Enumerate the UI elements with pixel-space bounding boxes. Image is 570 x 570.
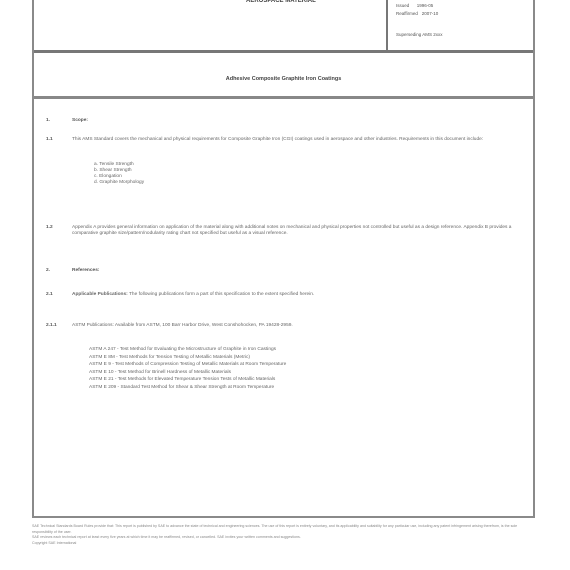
list-item: d. Graphite Morphology xyxy=(94,180,144,186)
document-header: AEROSPACE MATERIAL Issued 1996-05 Reaffi… xyxy=(34,0,533,53)
reference-item: ASTM E 209 - Standard Test Method for Sh… xyxy=(89,385,286,393)
document-frame: AEROSPACE MATERIAL Issued 1996-05 Reaffi… xyxy=(32,0,535,518)
document-title: Adhesive Composite Graphite Iron Coating… xyxy=(34,76,533,82)
footer-line: Copyright SAE International xyxy=(32,541,537,547)
header-meta: Issued 1996-05 Reaffirmed 2007-10 Supers… xyxy=(386,0,537,50)
reference-list: ASTM A 247 - Test Method for Evaluating … xyxy=(89,347,286,392)
reference-item: ASTM E 9 - Test Methods of Compression T… xyxy=(89,362,286,370)
section-heading-references: References: xyxy=(72,268,99,274)
reference-item: ASTM E 8M - Test Methods for Tension Tes… xyxy=(89,355,286,363)
meta-reaffirmed: Reaffirmed 2007-10 xyxy=(396,11,438,16)
meta-issued: Issued 1996-05 xyxy=(396,3,433,8)
requirements-list: a. Tensile Strength b. Shear Strength c.… xyxy=(94,162,144,186)
section-heading-scope: Scope: xyxy=(72,118,88,124)
paragraph-1-2: Appendix A provides general information … xyxy=(72,225,522,237)
paragraph-1-1: This AMS Standard covers the mechanical … xyxy=(72,137,522,143)
section-number: 1. xyxy=(46,118,50,124)
paragraph-2-1-1: ASTM Publications: Available from ASTM, … xyxy=(72,323,522,329)
reference-item: ASTM A 247 - Test Method for Evaluating … xyxy=(89,347,286,355)
section-number: 2.1 xyxy=(46,292,53,298)
paragraph-2-1: Applicable Publications: The following p… xyxy=(72,292,522,298)
meta-superseding: Superseding AMS 2xxx xyxy=(396,32,443,37)
reference-item: ASTM E 21 - Test Methods for Elevated Te… xyxy=(89,377,286,385)
section-number: 1.2 xyxy=(46,225,53,231)
section-number: 2.1.1 xyxy=(46,323,57,329)
footer-line: SAE Technical Standards Board Rules prov… xyxy=(32,524,537,535)
section-number: 2. xyxy=(46,268,50,274)
document-footer: SAE Technical Standards Board Rules prov… xyxy=(32,524,537,546)
reference-item: ASTM E 10 - Test Method for Brinell Hard… xyxy=(89,370,286,378)
header-title: AEROSPACE MATERIAL xyxy=(246,0,316,4)
title-bar xyxy=(34,50,533,99)
section-number: 1.1 xyxy=(46,137,53,143)
